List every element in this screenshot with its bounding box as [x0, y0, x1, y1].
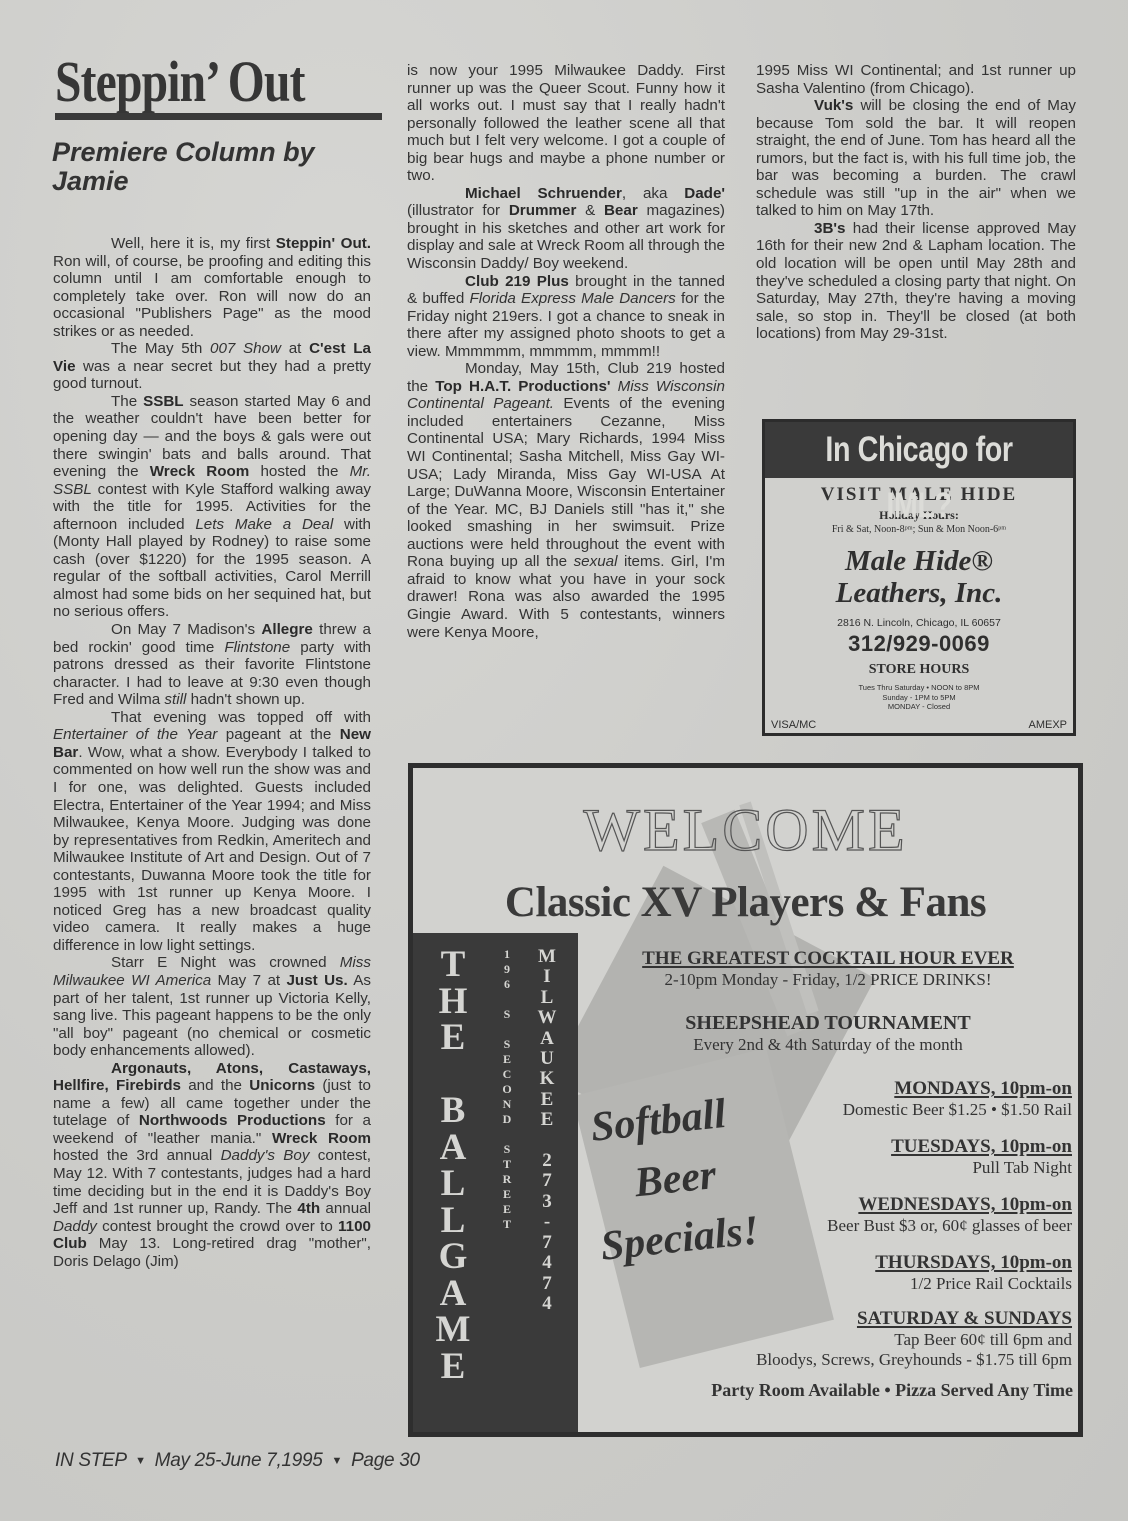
publication-name: IN STEP — [55, 1450, 126, 1471]
store-hours-list: Tues Thru Saturday • NOON to 8PM Sunday … — [765, 683, 1073, 712]
softball-beer-specials-slogan: Softball Beer Specials! — [591, 1098, 760, 1278]
special-wednesday: WEDNESDAYS, 10pm-on Beer Bust $3 or, 60¢… — [827, 1194, 1072, 1236]
article-paragraph: Well, here it is, my first Steppin' Out.… — [53, 235, 371, 340]
column-subtitle: Premiere Column by Jamie — [52, 138, 382, 196]
ballgame-advertisement: WELCOME Classic XV Players & Fans THE BA… — [408, 763, 1083, 1437]
title-rule-divider — [55, 113, 382, 120]
payment-visa-mc: VISA/MC — [771, 719, 816, 731]
article-paragraph: Club 219 Plus brought in the tanned & bu… — [407, 273, 725, 361]
special-tuesday: TUESDAYS, 10pm-on Pull Tab Night — [891, 1136, 1072, 1178]
ad-headline: In Chicago for IML? — [765, 422, 1073, 478]
venue-address-vertical: 196 S SECOND STREET — [497, 947, 517, 1232]
store-phone: 312/929-0069 — [765, 631, 1073, 657]
store-address: 2816 N. Lincoln, Chicago, IL 60657 — [765, 617, 1073, 629]
newspaper-page: Steppin’ Out Premiere Column by Jamie We… — [0, 0, 1128, 1521]
article-paragraph: Starr E Night was crowned Miss Milwaukee… — [53, 954, 371, 1059]
male-hide-advertisement: In Chicago for IML? VISIT MALE HIDE Holi… — [762, 419, 1076, 736]
special-thursday: THURSDAYS, 10pm-on 1/2 Price Rail Cockta… — [875, 1252, 1072, 1294]
article-paragraph: Michael Schruender, aka Dade' (illustrat… — [407, 185, 725, 273]
article-paragraph: 1995 Miss WI Continental; and 1st runner… — [756, 62, 1076, 97]
column-title: Steppin’ Out — [55, 52, 305, 112]
page-footer: IN STEP ▼ May 25-June 7,1995 ▼ Page 30 — [55, 1450, 420, 1472]
welcome-heading: WELCOME — [413, 796, 1078, 865]
payment-amex: AMEXP — [1028, 719, 1067, 731]
article-paragraph: On May 7 Madison's Allegre threw a bed r… — [53, 621, 371, 709]
issue-date: May 25-June 7,1995 — [155, 1450, 323, 1471]
article-paragraph: Argonauts, Atons, Castaways, Hellfire, F… — [53, 1060, 371, 1271]
page-number: Page 30 — [351, 1450, 420, 1471]
ballgame-sidebar: THE BALLGAME 196 S SECOND STREET MILWAUK… — [413, 933, 578, 1433]
article-column-3: 1995 Miss WI Continental; and 1st runner… — [756, 62, 1076, 343]
triangle-separator-icon: ▼ — [135, 1455, 146, 1467]
special-monday: MONDAYS, 10pm-on Domestic Beer $1.25 • $… — [843, 1078, 1072, 1120]
article-paragraph: Monday, May 15th, Club 219 hosted the To… — [407, 360, 725, 641]
article-paragraph: The SSBL season started May 6 and the we… — [53, 393, 371, 621]
article-column-1: Well, here it is, my first Steppin' Out.… — [53, 235, 371, 1270]
article-paragraph: The May 5th 007 Show at C'est La Vie was… — [53, 340, 371, 393]
cocktail-hour-section: THE GREATEST COCKTAIL HOUR EVER 2-10pm M… — [578, 948, 1078, 990]
special-weekend: SATURDAY & SUNDAYS Tap Beer 60¢ till 6pm… — [756, 1308, 1072, 1370]
sheepshead-tournament-section: SHEEPSHEAD TOURNAMENT Every 2nd & 4th Sa… — [578, 1012, 1078, 1055]
store-hours-label: STORE HOURS — [765, 662, 1073, 678]
venue-city-phone-vertical: MILWAUKEE 273-7474 — [535, 947, 559, 1314]
article-paragraph: is now your 1995 Milwaukee Daddy. First … — [407, 62, 725, 185]
article-column-2: is now your 1995 Milwaukee Daddy. First … — [407, 62, 725, 641]
article-paragraph: That evening was topped off with Enterta… — [53, 709, 371, 955]
article-paragraph: 3B's had their license approved May 16th… — [756, 220, 1076, 343]
venue-name-vertical: THE BALLGAME — [431, 947, 475, 1385]
brand-name: Male Hide® Leathers, Inc. — [765, 545, 1073, 609]
party-room-pizza-line: Party Room Available • Pizza Served Any … — [578, 1380, 1073, 1401]
ad-headline: Classic XV Players & Fans — [413, 878, 1078, 927]
triangle-separator-icon: ▼ — [331, 1455, 342, 1467]
article-paragraph: Vuk's will be closing the end of May bec… — [756, 97, 1076, 220]
